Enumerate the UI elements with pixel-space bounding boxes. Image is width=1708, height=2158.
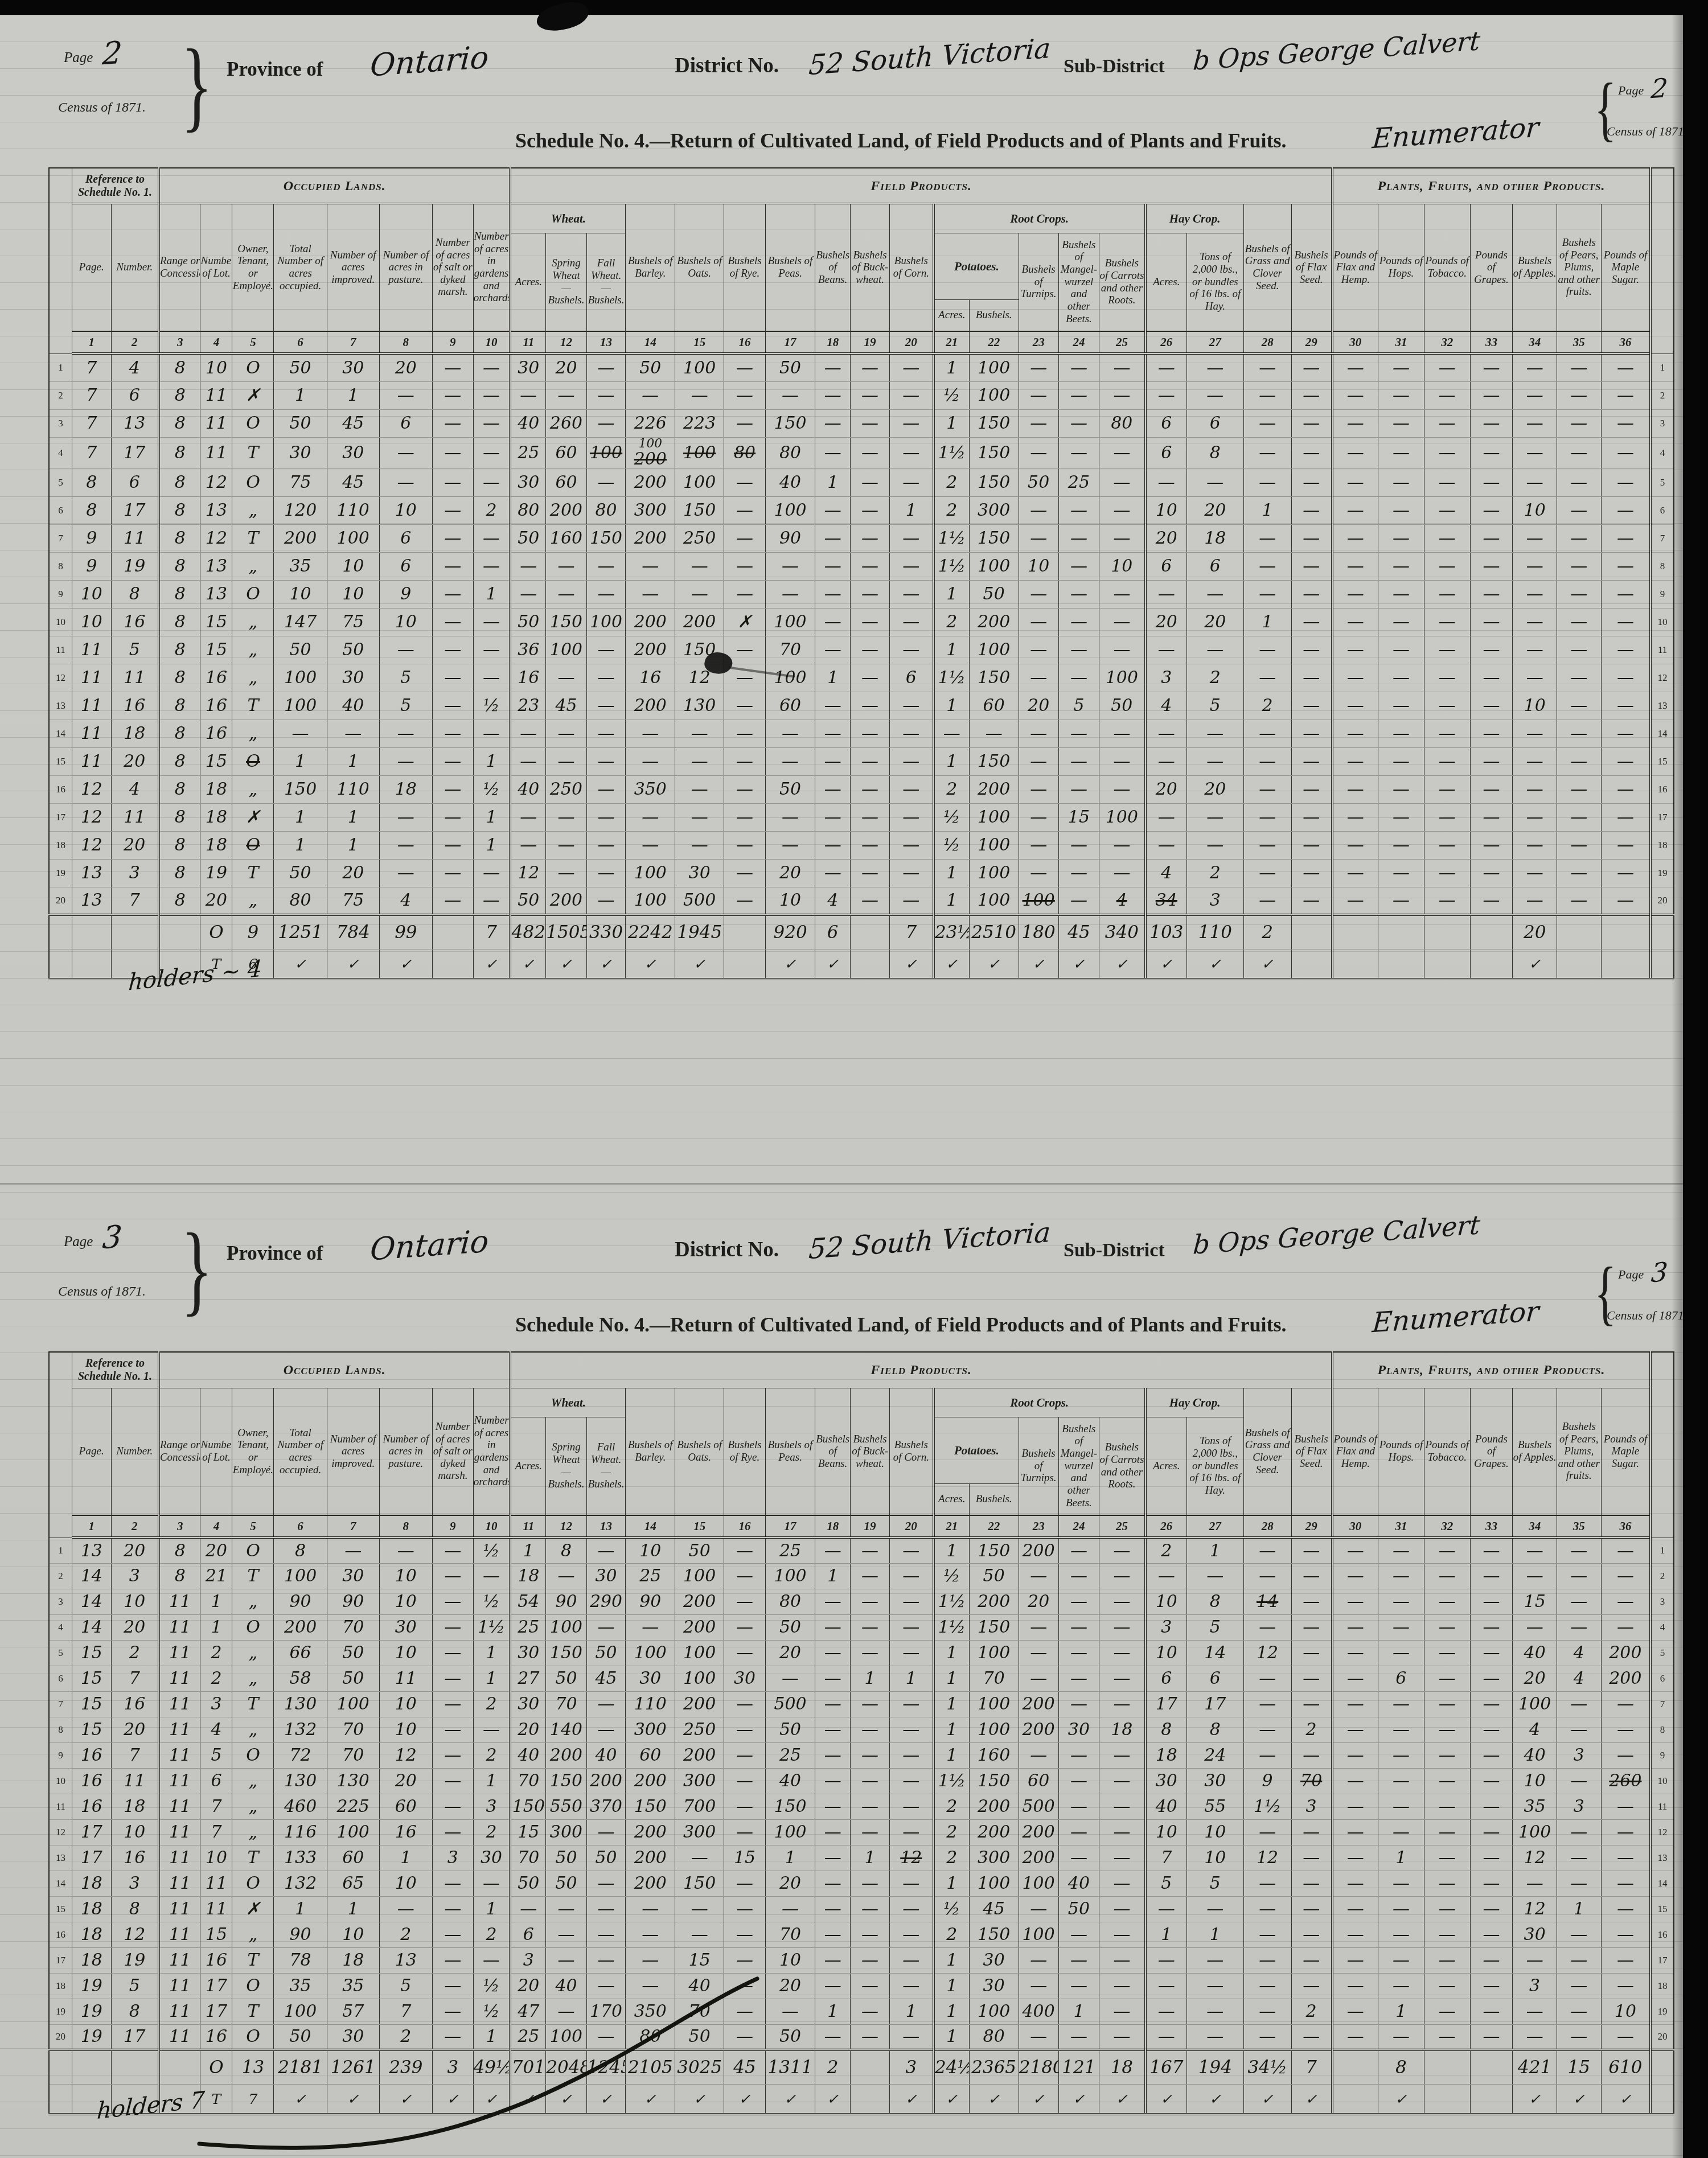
table-cell: 16 [111,692,159,720]
col-num: 5 [232,1515,274,1538]
table-cell: 1 [473,747,510,775]
table-cell: 60 [1019,1768,1058,1794]
table-cell: — [433,381,474,409]
table-cell: — [1291,1640,1332,1666]
row-number: 2 [1650,381,1674,409]
table-cell: — [1513,468,1557,496]
table-cell: 30 [510,1691,545,1717]
table-cell: — [1424,437,1470,468]
col-header-grass-seed: Bushels of Grass and Clover Seed. [1243,1388,1291,1516]
col-num: 25 [1099,1515,1145,1538]
table-cell: — [851,1589,889,1614]
table-cell: 40 [1513,1742,1557,1768]
table-cell: — [851,859,889,887]
table-cell: — [510,747,545,775]
page-3-section: Page 3 Census of 1871. } Province of Ont… [0,1205,1683,2115]
table-cell: — [510,831,545,859]
table-cell: 784 [327,915,379,949]
table-cell: — [1470,720,1513,747]
table-cell: 20 [327,859,379,887]
table-cell: 103 [1145,915,1187,949]
table-cell: 30 [626,1666,675,1691]
table-cell: 15 [72,1717,111,1742]
table-cell: 50 [1099,692,1145,720]
table-cell: — [433,409,474,437]
table-cell: 300 [675,1819,724,1845]
table-cell: — [1332,496,1378,524]
table-cell: „ [232,1666,274,1691]
row-number: 7 [49,1691,72,1717]
table-cell: 12 [510,859,545,887]
table-cell: „ [232,608,274,636]
table-cell: — [1470,1871,1513,1896]
table-cell: 100 [969,803,1019,831]
table-cell: 1½ [473,1614,510,1640]
table-cell: 150 [969,747,1019,775]
table-cell: 50 [1058,1896,1099,1922]
table-cell: 40 [510,775,545,803]
table-cell: 4 [1145,859,1187,887]
table-row: 151120815O11——1——————————1150———————————… [49,747,1674,775]
table-cell: 150 [969,1614,1019,1640]
corner-page-number: 3 [1650,1256,1669,1288]
table-cell: 20 [111,747,159,775]
row-number: 1 [49,1538,72,1563]
table-cell: — [1332,1845,1378,1871]
census-table-page-2: Reference to Schedule No. 1. Occupied La… [48,167,1674,980]
table-cell: — [889,887,934,915]
table-cell: 18 [1099,1717,1145,1742]
table-cell: — [851,692,889,720]
table-cell: — [1470,636,1513,664]
table-cell: — [433,437,474,468]
table-cell: — [1470,664,1513,692]
table-cell: 50 [675,1538,724,1563]
table-cell: 30 [274,437,327,468]
table-row: 181220818O11——1——————————½100———————————… [49,831,1674,859]
col-header-potato-bushels: Bushels. [969,1484,1019,1516]
table-cell: 17 [72,1845,111,1871]
table-cell: 150 [969,468,1019,496]
table-cell: 1 [327,747,379,775]
table-cell: — [1058,1640,1099,1666]
dash-glyph: — [587,1466,625,1479]
table-cell: — [1291,803,1332,831]
row-number: 3 [49,409,72,437]
col-num: 26 [1145,331,1187,353]
col-header-potato-acres: Acres. [934,1484,969,1516]
table-cell: — [1332,1589,1378,1614]
table-cell: 17 [1187,1691,1244,1717]
table-cell: 3 [1145,1614,1187,1640]
table-cell: — [1332,1896,1378,1922]
table-cell: — [1513,1563,1557,1589]
table-cell: — [1424,381,1470,409]
table-cell: 1 [934,1871,969,1896]
table-cell: — [433,887,474,915]
table-cell: — [1513,1999,1557,2024]
table-cell: 150 [546,1768,587,1794]
table-row: 9167115O727012—2402004060200—25———1160——… [49,1742,1674,1768]
table-cell: 8 [159,1538,200,1563]
table-cell: 1 [200,1614,232,1640]
table-cell: — [1557,1819,1601,1845]
table-cell: 7 [72,437,111,468]
table-cell: — [1099,1794,1145,1819]
table-cell: — [851,381,889,409]
table-cell: 1 [934,1947,969,1973]
table-cell: 20 [1145,524,1187,552]
corner-page-number: 2 [1650,72,1669,104]
table-cell: — [1513,353,1557,381]
table-cell: — [1291,409,1332,437]
table-cell: — [1601,381,1650,409]
table-cell: — [815,580,851,608]
table-cell: — [1424,496,1470,524]
table-cell: — [1513,1614,1557,1640]
table-cell: 20 [111,831,159,859]
table-row: 1618121115„90102—26—————70———2150100——11… [49,1922,1674,1947]
table-cell: — [1145,1999,1187,2024]
table-cell: — [1019,1973,1058,1999]
table-cell: — [889,1691,934,1717]
table-cell: — [815,692,851,720]
table-cell: ✓ [1513,949,1557,980]
table-cell: — [1424,1666,1470,1691]
table-cell: 40 [586,1742,625,1768]
table-cell: 1½ [934,524,969,552]
table-cell: 700 [675,1794,724,1819]
table-cell: — [1099,775,1145,803]
table-cell: — [1058,409,1099,437]
table-cell: 7 [111,1666,159,1691]
table-cell: — [1378,1896,1424,1922]
row-number: 18 [49,1973,72,1999]
table-cell: — [1601,1794,1650,1819]
table-cell: 18 [200,803,232,831]
table-cell: 100 [969,1717,1019,1742]
table-cell: — [851,496,889,524]
table-cell: — [1243,1973,1291,1999]
table-row: 2143821T1003010——18—3025100—1001——½50———… [49,1563,1674,1589]
col-header-number: Number. [111,1388,159,1516]
table-row: 121111816„100305——16——1612—1001—61½150——… [49,664,1674,692]
table-cell [1601,949,1650,980]
table-cell: 12 [889,1845,934,1871]
table-cell: — [766,803,815,831]
table-cell [1378,915,1424,949]
table-cell: — [1470,1819,1513,1845]
table-cell: — [815,1640,851,1666]
table-cell: — [1145,468,1187,496]
table-cell: — [1099,720,1145,747]
table-cell: — [1019,381,1058,409]
table-cell: — [889,1896,934,1922]
col-num: 5 [232,331,274,353]
col-header-fall-wheat: Fall Wheat. — Bushels. [586,1417,625,1516]
table-cell: — [851,1563,889,1589]
table-cell: ✓ [1099,2085,1145,2115]
table-cell: — [626,720,675,747]
row-number: 2 [49,1563,72,1589]
row-number: 11 [49,1794,72,1819]
col-header-turnips: Bushels of Turnips. [1019,233,1058,332]
table-cell: — [1378,803,1424,831]
table-cell: 30 [510,1640,545,1666]
table-cell: 50 [586,1845,625,1871]
table-cell: 11 [72,692,111,720]
table-cell: 9 [1243,1768,1291,1794]
table-cell: 20 [1145,608,1187,636]
table-cell: — [1291,2024,1332,2050]
table-cell: 2 [379,1922,432,1947]
col-header-acres-occupied: Total Number of acres occupied. [274,204,327,332]
table-cell: 200 [675,1742,724,1768]
table-cell: 10 [274,580,327,608]
row-number: 6 [49,496,72,524]
table-cell: 15 [72,1640,111,1666]
table-row: 41420111O2007030—1½25100——200—50———1½150… [49,1614,1674,1640]
table-cell: 9 [379,580,432,608]
table-cell: — [1099,1614,1145,1640]
table-cell: ½ [473,775,510,803]
table-cell: 200 [546,887,587,915]
table-cell: — [1332,1742,1378,1768]
table-cell [72,949,111,980]
table-cell: — [1145,580,1187,608]
table-cell: 10 [626,1538,675,1563]
row-number: 8 [1650,1717,1674,1742]
table-cell: „ [232,552,274,580]
table-cell: — [1470,580,1513,608]
table-cell: — [379,468,432,496]
table-cell: — [1243,1947,1291,1973]
table-cell: — [379,381,432,409]
col-header-turnips: Bushels of Turnips. [1019,1417,1058,1516]
table-cell: — [1601,524,1650,552]
table-cell: 110 [327,496,379,524]
table-cell: — [675,775,724,803]
table-cell: 10 [1145,1589,1187,1614]
table-cell: — [815,1947,851,1973]
page-edge-shadow [1672,15,1686,2158]
table-cell: 10 [766,887,815,915]
table-cell: T [232,859,274,887]
dash-glyph: — [546,1466,586,1479]
table-cell: 1 [473,803,510,831]
col-num: 15 [675,331,724,353]
col-num: 13 [586,1515,625,1538]
row-number: 2 [1650,1563,1674,1589]
table-cell: — [889,524,934,552]
table-cell: 10 [1019,552,1058,580]
row-number: 15 [49,747,72,775]
table-cell: — [889,1742,934,1768]
table-cell: 50 [274,636,327,664]
table-cell: — [1557,1947,1601,1973]
row-number: 11 [1650,1794,1674,1819]
table-cell: 11 [159,1845,200,1871]
table-cell: — [433,1947,474,1973]
table-cell: — [546,747,587,775]
table-cell: — [1332,1691,1378,1717]
table-cell: 16 [111,1845,159,1871]
table-cell: 250 [675,1717,724,1742]
table-cell: 8 [159,692,200,720]
row-number: 10 [49,608,72,636]
col-num: 28 [1243,331,1291,353]
table-cell: — [1058,1794,1099,1819]
col-header-flax-hemp: Pounds of Flax and Hemp. [1332,204,1378,332]
table-cell: — [1243,437,1291,468]
col-header-hay-tons: Tons of 2,000 lbs., or bundles of 16 lbs… [1187,1417,1244,1516]
table-cell: 6 [379,552,432,580]
table-cell: — [1424,580,1470,608]
table-cell: — [1099,1768,1145,1794]
table-cell: — [1019,353,1058,381]
table-cell: — [724,381,765,409]
table-cell: — [1470,2024,1513,2050]
subgroup-root-crops: Root Crops. [934,204,1145,233]
table-cell: 16 [626,664,675,692]
table-cell: 30 [327,664,379,692]
table-cell: — [724,580,765,608]
table-cell: — [1378,775,1424,803]
table-cell: 30 [724,1666,765,1691]
table-cell: 1 [473,1666,510,1691]
table-cell: 100 [766,1819,815,1845]
table-cell: 6 [510,1922,545,1947]
table-cell: — [1058,1973,1099,1999]
subdistrict-label: Sub-District [1064,1240,1165,1261]
table-cell: 13 [379,1947,432,1973]
table-cell: 70 [766,1922,815,1947]
table-cell: 7 [473,915,510,949]
table-cell: — [1058,664,1099,692]
table-cell: — [1291,608,1332,636]
table-cell: 10 [379,608,432,636]
table-cell: 13 [72,887,111,915]
table-cell: 8 [159,552,200,580]
col-header-marsh: Number of acres of salt or dyked marsh. [433,204,474,332]
table-cell: 75 [327,887,379,915]
table-cell: — [675,381,724,409]
table-cell: — [1291,580,1332,608]
table-cell: — [1332,1973,1378,1999]
table-cell: 17 [72,1819,111,1845]
table-cell: O [232,468,274,496]
table-cell: 1 [274,803,327,831]
table-cell: — [1099,381,1145,409]
table-cell: — [433,608,474,636]
table-cell: 8 [159,468,200,496]
table-cell: — [586,552,625,580]
table-cell: — [1099,831,1145,859]
table-cell: — [1332,859,1378,887]
table-cell: 200 [626,636,675,664]
table-cell: — [379,636,432,664]
table-row: 111618117„46022560—3150550370150700—150—… [49,1794,1674,1819]
table-cell: 10 [1601,1999,1650,2024]
table-cell: ✓ [1058,949,1099,980]
table-cell: — [1243,1717,1291,1742]
table-cell: — [586,409,625,437]
table-cell: — [1243,747,1291,775]
col-header-buckwheat: Bushels of Buck-wheat. [851,1388,889,1516]
table-cell: — [815,1819,851,1845]
page-number-handwritten: 2 [101,35,124,72]
table-cell: 200 [1019,1819,1058,1845]
table-cell: 15 [200,636,232,664]
table-cell: 1 [473,831,510,859]
table-cell: — [889,409,934,437]
table-cell: — [1291,692,1332,720]
table-cell: „ [232,720,274,747]
table-cell: — [1470,1768,1513,1794]
table-cell: 200 [626,1871,675,1896]
row-number: 16 [1650,775,1674,803]
schedule-title: Schedule No. 4.—Return of Cultivated Lan… [515,129,1286,153]
table-cell: — [379,1896,432,1922]
table-cell: — [1424,1947,1470,1973]
table-cell: — [1058,636,1099,664]
table-cell: 18 [72,1947,111,1973]
table-cell: — [1424,692,1470,720]
table-cell: — [1243,2024,1291,2050]
table-cell: 40 [510,409,545,437]
district-value-handwritten: 52 South Victoria [808,1216,1052,1265]
table-cell: 1 [889,496,934,524]
table-cell [159,915,200,949]
table-cell: 6 [379,524,432,552]
table-cell: — [1378,1922,1424,1947]
table-cell [851,949,889,980]
table-cell: 7 [72,381,111,409]
table-cell: 150 [274,775,327,803]
table-cell: 80 [274,887,327,915]
table-cell: 6 [889,664,934,692]
row-number: 9 [1650,1742,1674,1768]
col-num: 22 [969,331,1019,353]
col-header-peas: Bushels of Peas. [766,1388,815,1516]
table-cell: — [1557,1922,1601,1947]
table-cell: — [1243,664,1291,692]
table-cell: — [1378,1947,1424,1973]
table-row: 31410111„909010—½549029090200—80———1½200… [49,1589,1674,1614]
table-cell: 25 [766,1538,815,1563]
table-cell [111,2050,159,2085]
table-cell: 2 [200,1640,232,1666]
table-cell: 1 [327,1896,379,1922]
table-cell: — [1470,381,1513,409]
table-cell: — [473,859,510,887]
table-cell: 340 [1099,915,1145,949]
table-cell: — [724,1563,765,1589]
table-cell: — [1291,496,1332,524]
table-cell: — [1058,496,1099,524]
table-cell: — [327,720,379,747]
table-cell [1424,949,1470,980]
table-cell: — [724,1717,765,1742]
table-cell: — [815,1922,851,1947]
scan-black-edge [1685,0,1708,2158]
spring-wheat-bushels-label: Bushels. [546,294,586,307]
province-label: Province of [227,1242,323,1265]
table-cell: 200 [969,1794,1019,1819]
table-cell: 15 [1557,2050,1601,2085]
table-cell: — [1058,1819,1099,1845]
row-number: 20 [49,2024,72,2050]
